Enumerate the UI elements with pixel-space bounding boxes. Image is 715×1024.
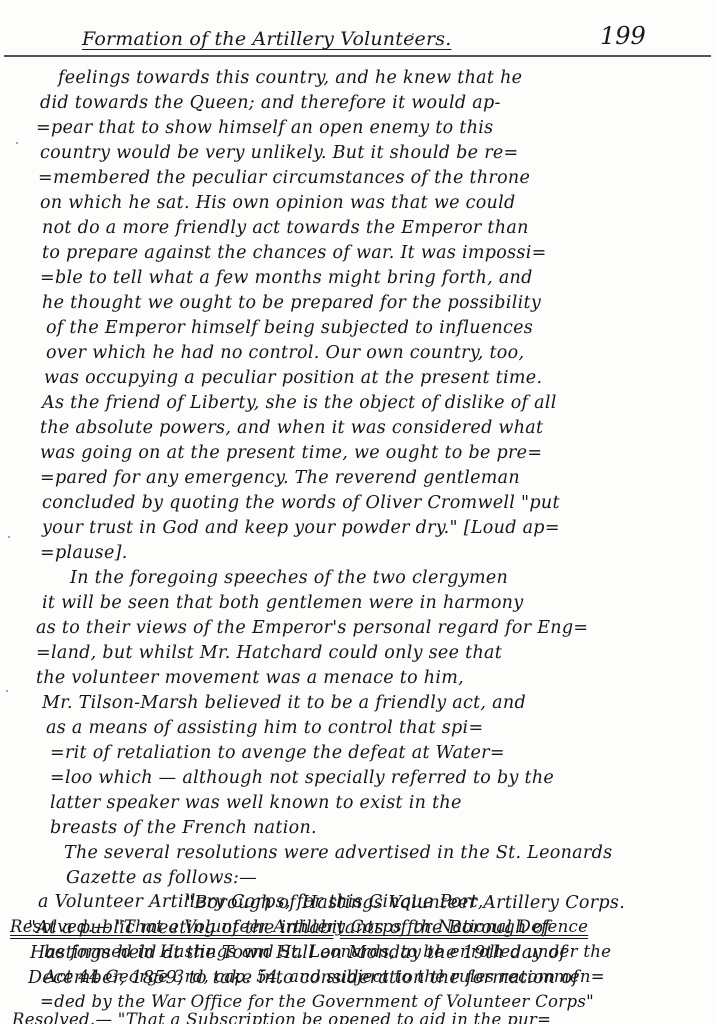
text-line: your trust in God and keep your powder d… bbox=[42, 518, 560, 538]
resolution-line: Resolved.— "That a Volunteer Artillery C… bbox=[10, 917, 588, 936]
text-line: =rit of retaliation to avenge the defeat… bbox=[50, 743, 505, 763]
text-line: breasts of the French nation. bbox=[50, 818, 317, 838]
text-line: =pear that to show himself an open enemy… bbox=[36, 118, 493, 138]
text-line: =loo which — although not specially refe… bbox=[50, 768, 554, 788]
text-line: not do a more friendly act towards the E… bbox=[42, 218, 529, 238]
paragraph-start-line: The several resolutions were advertised … bbox=[64, 843, 612, 863]
paragraph-start-line: In the foregoing speeches of the two cle… bbox=[70, 568, 508, 588]
text-line: was occupying a peculiar position at the… bbox=[44, 368, 542, 388]
page-number: 199 bbox=[600, 22, 646, 50]
paper-speck bbox=[412, 33, 414, 35]
text-line: he thought we ought to be prepared for t… bbox=[42, 293, 541, 313]
text-line: =pared for any emergency. The reverend g… bbox=[40, 468, 520, 488]
paper-speck bbox=[6, 690, 8, 692]
text-line: as to their views of the Emperor's perso… bbox=[36, 618, 588, 638]
text-line: Mr. Tilson-Marsh believed it to be a fri… bbox=[42, 693, 526, 713]
resolution-line: Resolved.— "That a Subscription be opene… bbox=[12, 1010, 551, 1024]
page-title: Formation of the Artillery Volunteers. bbox=[82, 28, 451, 50]
text-line: the volunteer movement was a menace to h… bbox=[36, 668, 464, 688]
text-line: did towards the Queen; and therefore it … bbox=[40, 93, 501, 113]
text-line: be formed in Hastings and St. Leonards, … bbox=[44, 942, 611, 961]
text-line: it will be seen that both gentlemen were… bbox=[42, 593, 523, 613]
text-line: feelings towards this country, and he kn… bbox=[58, 68, 522, 88]
text-line: =plause]. bbox=[40, 543, 128, 563]
text-line: Gazette as follows:— bbox=[66, 868, 257, 888]
text-line: of the Emperor himself being subjected t… bbox=[46, 318, 533, 338]
text-line: =ded by the War Office for the Governmen… bbox=[40, 992, 594, 1011]
text-line: Act 44 George 3rd, cap. 54, and subject … bbox=[44, 967, 605, 986]
text-line: was going on at the present time, we oug… bbox=[40, 443, 542, 463]
text-line: the absolute powers, and when it was con… bbox=[40, 418, 543, 438]
text-line: =membered the peculiar circumstances of … bbox=[38, 168, 530, 188]
text-line: to prepare against the chances of war. I… bbox=[42, 243, 547, 263]
text-line: As the friend of Liberty, she is the obj… bbox=[42, 393, 557, 413]
header-rule-divider bbox=[4, 55, 711, 57]
text-line: as a means of assisting him to control t… bbox=[46, 718, 483, 738]
text-line: country would be very unlikely. But it s… bbox=[40, 143, 518, 163]
text-line: over which he had no control. Our own co… bbox=[46, 343, 524, 363]
text-line: concluded by quoting the words of Oliver… bbox=[42, 493, 560, 513]
paper-speck bbox=[8, 536, 10, 538]
paper-speck bbox=[16, 142, 18, 144]
text-line: latter speaker was well known to exist i… bbox=[50, 793, 462, 813]
text-line: =ble to tell what a few months might bri… bbox=[40, 268, 533, 288]
manuscript-page: Formation of the Artillery Volunteers. 1… bbox=[0, 0, 715, 1024]
text-line: on which he sat. His own opinion was tha… bbox=[40, 193, 516, 213]
text-line: a Volunteer Artillery Corps, for this Ci… bbox=[38, 892, 484, 912]
text-line: =land, but whilst Mr. Hatchard could onl… bbox=[36, 643, 502, 663]
